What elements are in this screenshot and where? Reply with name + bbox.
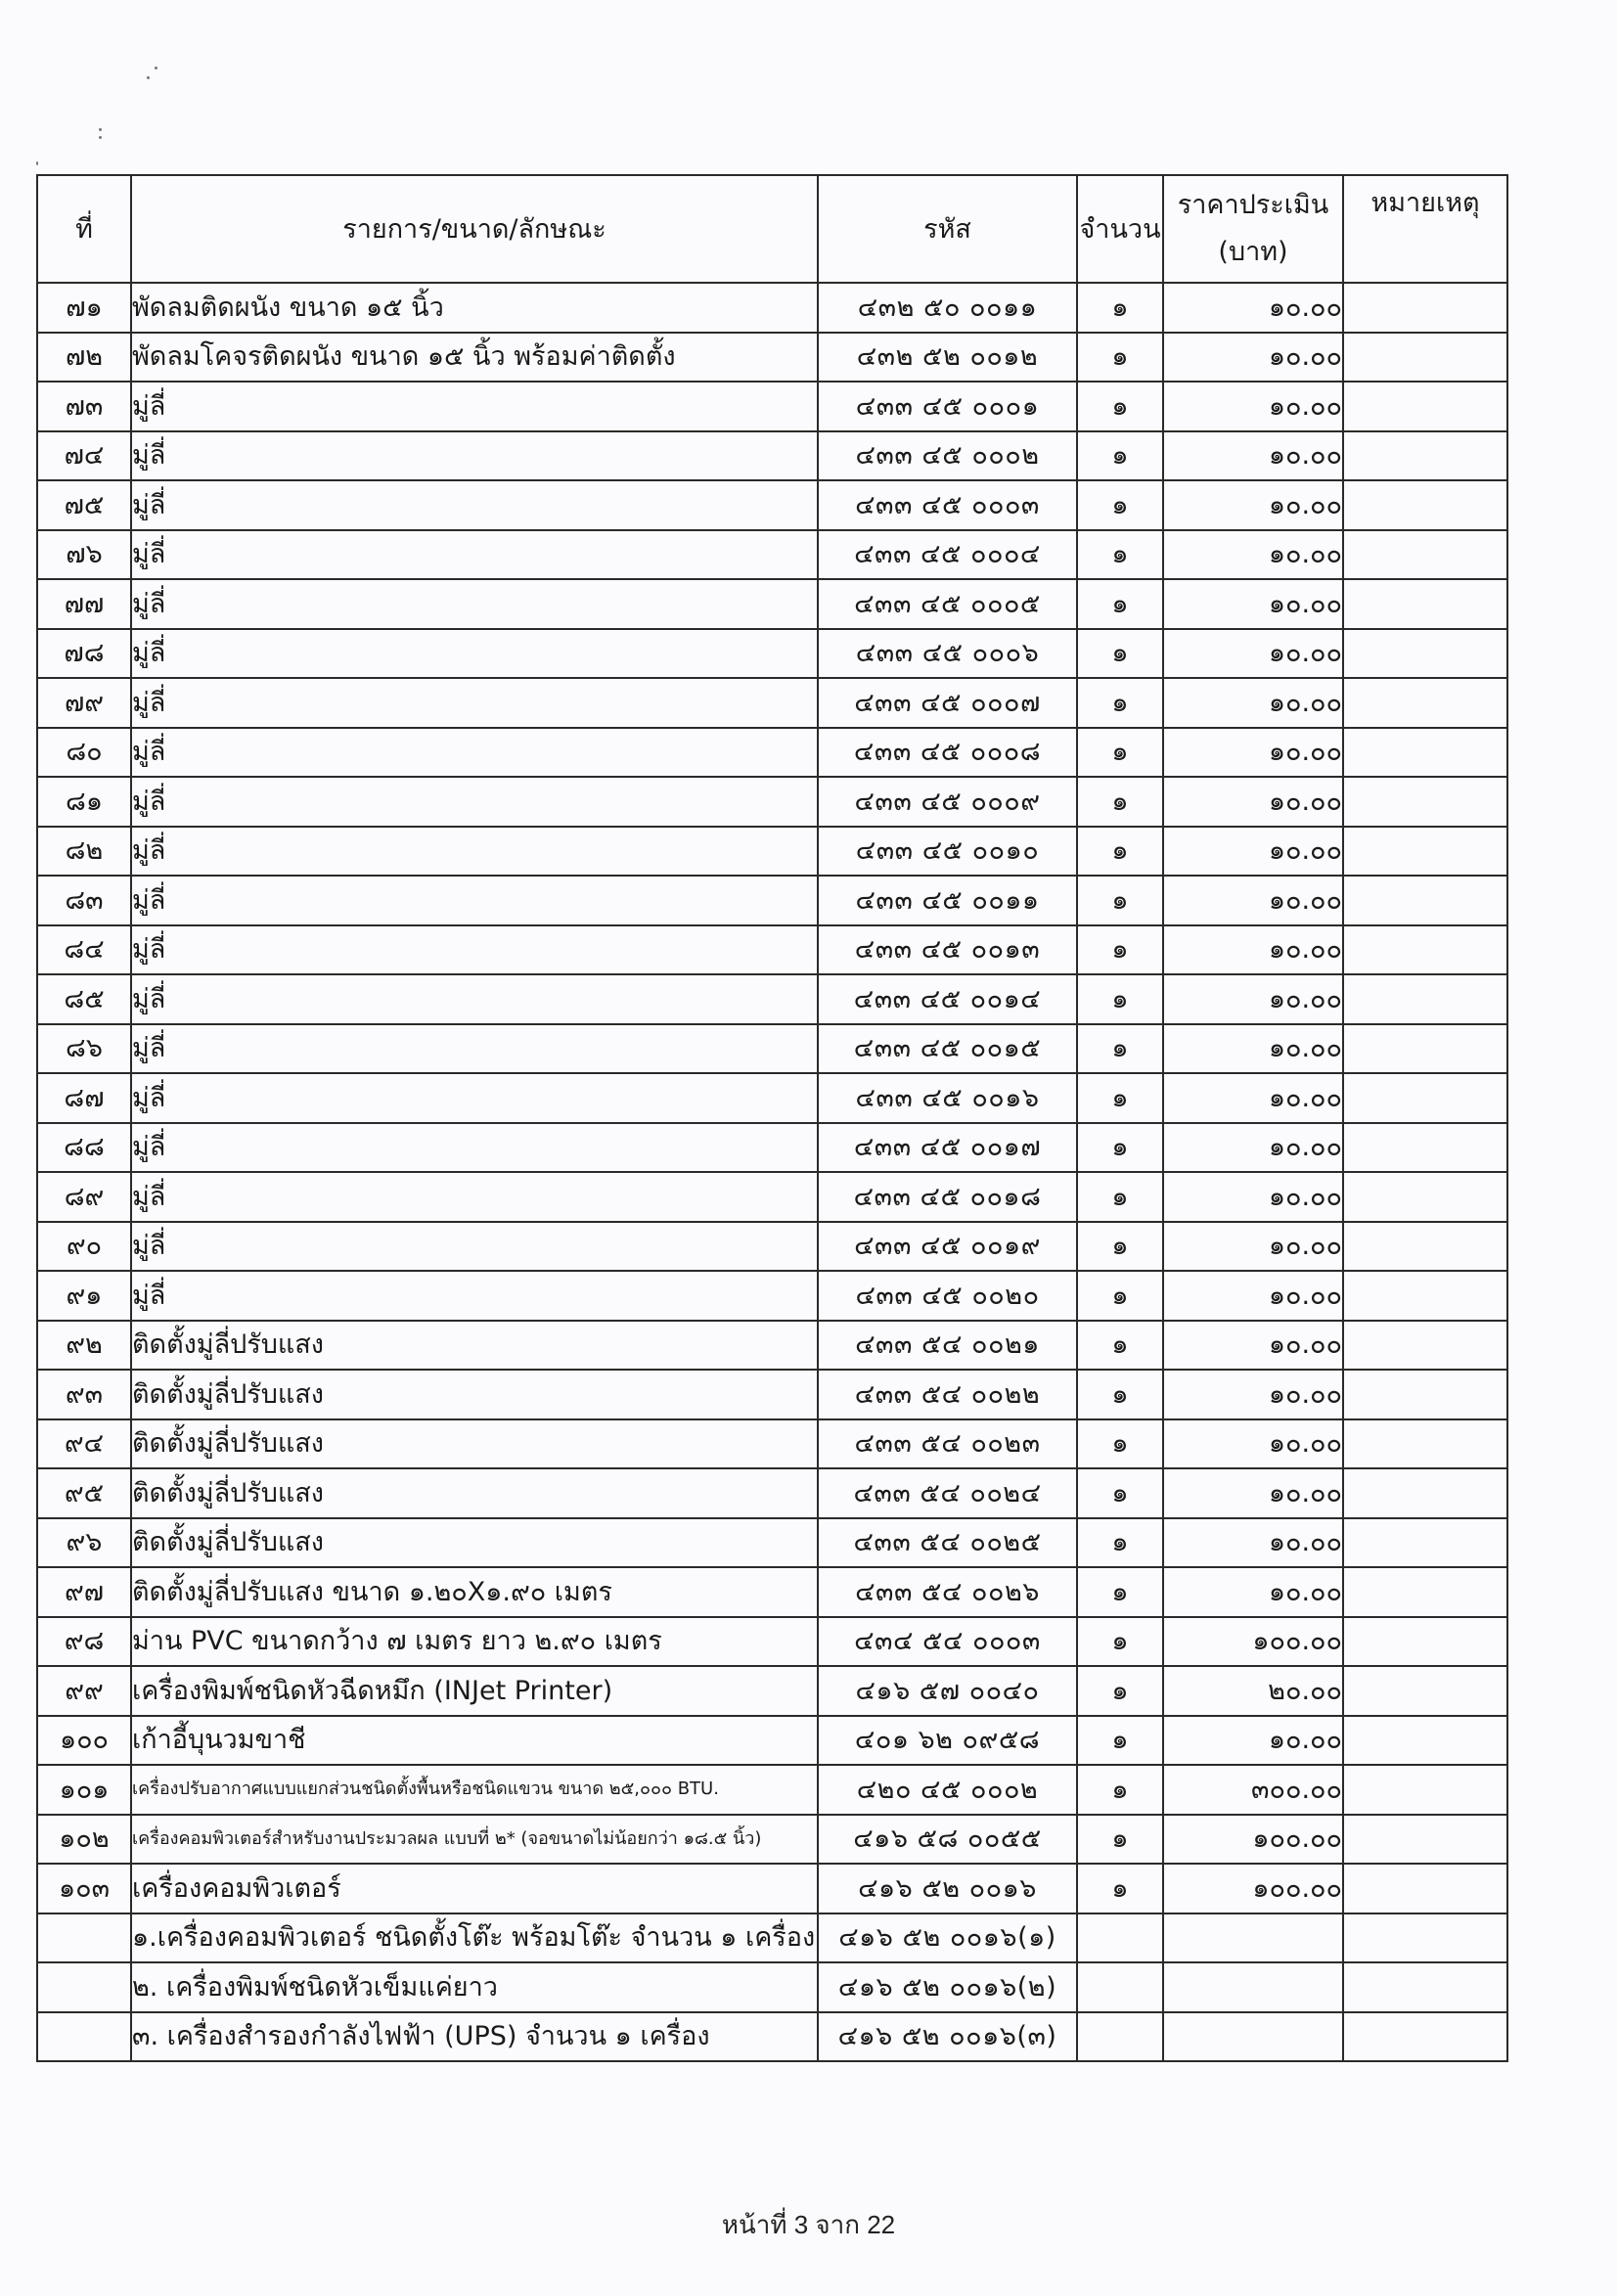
cell-price: ๑๐.๐๐ bbox=[1163, 777, 1343, 827]
cell-description: เครื่องปรับอากาศแบบแยกส่วนชนิดตั้งพื้นหร… bbox=[131, 1765, 818, 1815]
cell-price: ๑๐.๐๐ bbox=[1163, 827, 1343, 877]
table-row: ๙๒ติดตั้งมู่ลี่ปรับแสง๔๓๓ ๕๔ ๐๐๒๑๑๑๐.๐๐ bbox=[37, 1321, 1507, 1371]
table-row: ๗๖มู่ลี่๔๓๓ ๔๕ ๐๐๐๔๑๑๐.๐๐ bbox=[37, 530, 1507, 580]
cell-price: ๑๐.๐๐ bbox=[1163, 480, 1343, 530]
cell-no bbox=[37, 2012, 131, 2062]
header-code: รหัส bbox=[818, 175, 1077, 283]
cell-price: ๑๐.๐๐ bbox=[1163, 1468, 1343, 1518]
cell-note bbox=[1343, 1321, 1507, 1371]
cell-no: ๘๒ bbox=[37, 827, 131, 877]
cell-quantity: ๑ bbox=[1077, 925, 1163, 975]
cell-description: มู่ลี่ bbox=[131, 728, 818, 778]
table-row: ๑๐๓เครื่องคอมพิวเตอร์๔๑๖ ๕๒ ๐๐๑๖๑๑๐๐.๐๐ bbox=[37, 1864, 1507, 1913]
cell-price: ๑๐๐.๐๐ bbox=[1163, 1864, 1343, 1913]
cell-note bbox=[1343, 1716, 1507, 1766]
cell-price: ๑๐.๐๐ bbox=[1163, 728, 1343, 778]
cell-note bbox=[1343, 1765, 1507, 1815]
cell-no: ๗๑ bbox=[37, 283, 131, 333]
cell-note bbox=[1343, 1913, 1507, 1963]
table-row: ๗๕มู่ลี่๔๓๓ ๔๕ ๐๐๐๓๑๑๐.๐๐ bbox=[37, 480, 1507, 530]
cell-quantity: ๑ bbox=[1077, 1567, 1163, 1617]
cell-note bbox=[1343, 1222, 1507, 1272]
cell-price: ๑๐.๐๐ bbox=[1163, 1271, 1343, 1321]
header-description: รายการ/ขนาด/ลักษณะ bbox=[131, 175, 818, 283]
cell-code: ๔๑๖ ๕๗ ๐๐๔๐ bbox=[818, 1666, 1077, 1716]
cell-code: ๔๓๓ ๕๔ ๐๐๒๒ bbox=[818, 1370, 1077, 1419]
cell-code: ๔๓๓ ๔๕ ๐๐๑๗ bbox=[818, 1123, 1077, 1173]
cell-quantity: ๑ bbox=[1077, 530, 1163, 580]
cell-price bbox=[1163, 1962, 1343, 2012]
table-row: ๙๓ติดตั้งมู่ลี่ปรับแสง๔๓๓ ๕๔ ๐๐๒๒๑๑๐.๐๐ bbox=[37, 1370, 1507, 1419]
cell-description: มู่ลี่ bbox=[131, 1024, 818, 1074]
cell-no: ๙๗ bbox=[37, 1567, 131, 1617]
cell-price: ๑๐.๐๐ bbox=[1163, 1073, 1343, 1123]
table-row: ๘๔มู่ลี่๔๓๓ ๔๕ ๐๐๑๓๑๑๐.๐๐ bbox=[37, 925, 1507, 975]
cell-no: ๙๓ bbox=[37, 1370, 131, 1419]
cell-description: มู่ลี่ bbox=[131, 1172, 818, 1222]
cell-description: เก้าอี้บุนวมขาชี bbox=[131, 1716, 818, 1766]
cell-description: มู่ลี่ bbox=[131, 1222, 818, 1272]
cell-quantity: ๑ bbox=[1077, 1765, 1163, 1815]
cell-description: มู่ลี่ bbox=[131, 827, 818, 877]
table-row: ๘๒มู่ลี่๔๓๓ ๔๕ ๐๐๑๐๑๑๐.๐๐ bbox=[37, 827, 1507, 877]
header-price: ราคาประเมิน (บาท) bbox=[1163, 175, 1343, 283]
cell-quantity: ๑ bbox=[1077, 1073, 1163, 1123]
cell-description: มู่ลี่ bbox=[131, 1123, 818, 1173]
cell-quantity: ๑ bbox=[1077, 283, 1163, 333]
cell-description: ติดตั้งมู่ลี่ปรับแสง bbox=[131, 1518, 818, 1568]
cell-price: ๑๐.๐๐ bbox=[1163, 1321, 1343, 1371]
cell-description: เครื่องคอมพิวเตอร์สำหรับงานประมวลผล แบบท… bbox=[131, 1815, 818, 1865]
cell-code: ๔๓๓ ๔๕ ๐๐๑๕ bbox=[818, 1024, 1077, 1074]
cell-quantity: ๑ bbox=[1077, 1024, 1163, 1074]
table-row: ๗๗มู่ลี่๔๓๓ ๔๕ ๐๐๐๕๑๑๐.๐๐ bbox=[37, 579, 1507, 629]
cell-code: ๔๓๓ ๔๕ ๐๐๒๐ bbox=[818, 1271, 1077, 1321]
cell-note bbox=[1343, 925, 1507, 975]
cell-note bbox=[1343, 1172, 1507, 1222]
cell-code: ๔๓๒ ๕๒ ๐๐๑๒ bbox=[818, 333, 1077, 383]
cell-note bbox=[1343, 1518, 1507, 1568]
table-header-row: ที่ รายการ/ขนาด/ลักษณะ รหัส จำนวน ราคาปร… bbox=[37, 175, 1507, 283]
header-price-line1: ราคาประเมิน bbox=[1164, 182, 1342, 229]
table-row: ๙๙เครื่องพิมพ์ชนิดหัวฉีดหมึก (INJet Prin… bbox=[37, 1666, 1507, 1716]
cell-price: ๑๐.๐๐ bbox=[1163, 333, 1343, 383]
table-row: ๙๑มู่ลี่๔๓๓ ๔๕ ๐๐๒๐๑๑๐.๐๐ bbox=[37, 1271, 1507, 1321]
cell-price: ๑๐.๐๐ bbox=[1163, 1172, 1343, 1222]
cell-description: มู่ลี่ bbox=[131, 480, 818, 530]
cell-quantity: ๑ bbox=[1077, 1518, 1163, 1568]
cell-price: ๑๐๐.๐๐ bbox=[1163, 1815, 1343, 1865]
cell-quantity: ๑ bbox=[1077, 1419, 1163, 1469]
cell-quantity bbox=[1077, 1962, 1163, 2012]
cell-description: ๑.เครื่องคอมพิวเตอร์ ชนิดตั้งโต๊ะ พร้อมโ… bbox=[131, 1913, 818, 1963]
cell-code: ๔๑๖ ๕๘ ๐๐๕๕ bbox=[818, 1815, 1077, 1865]
table-row: ๙๕ติดตั้งมู่ลี่ปรับแสง๔๓๓ ๕๔ ๐๐๒๔๑๑๐.๐๐ bbox=[37, 1468, 1507, 1518]
cell-code: ๔๓๓ ๕๔ ๐๐๒๓ bbox=[818, 1419, 1077, 1469]
table-row: ๘๕มู่ลี่๔๓๓ ๔๕ ๐๐๑๔๑๑๐.๐๐ bbox=[37, 974, 1507, 1024]
cell-description: มู่ลี่ bbox=[131, 876, 818, 925]
cell-note bbox=[1343, 530, 1507, 580]
cell-code: ๔๑๖ ๕๒ ๐๐๑๖(๓) bbox=[818, 2012, 1077, 2062]
cell-no: ๘๓ bbox=[37, 876, 131, 925]
cell-code: ๔๓๓ ๔๕ ๐๐๐๕ bbox=[818, 579, 1077, 629]
cell-quantity bbox=[1077, 2012, 1163, 2062]
scan-speck bbox=[99, 128, 102, 131]
cell-description: มู่ลี่ bbox=[131, 1271, 818, 1321]
table-row: ๗๓มู่ลี่๔๓๓ ๔๕ ๐๐๐๑๑๑๐.๐๐ bbox=[37, 382, 1507, 431]
table-row: ๘๙มู่ลี่๔๓๓ ๔๕ ๐๐๑๘๑๑๐.๐๐ bbox=[37, 1172, 1507, 1222]
cell-no: ๗๒ bbox=[37, 333, 131, 383]
table-row: ๘๐มู่ลี่๔๓๓ ๔๕ ๐๐๐๘๑๑๐.๐๐ bbox=[37, 728, 1507, 778]
table-row: ๙๐มู่ลี่๔๓๓ ๔๕ ๐๐๑๙๑๑๐.๐๐ bbox=[37, 1222, 1507, 1272]
cell-price bbox=[1163, 2012, 1343, 2062]
cell-price: ๑๐.๐๐ bbox=[1163, 629, 1343, 679]
cell-no: ๙๒ bbox=[37, 1321, 131, 1371]
cell-price bbox=[1163, 1913, 1343, 1963]
cell-code: ๔๓๓ ๔๕ ๐๐๐๔ bbox=[818, 530, 1077, 580]
cell-quantity: ๑ bbox=[1077, 1123, 1163, 1173]
cell-note bbox=[1343, 1962, 1507, 2012]
cell-code: ๔๓๒ ๕๐ ๐๐๑๑ bbox=[818, 283, 1077, 333]
cell-code: ๔๓๓ ๔๕ ๐๐๑๙ bbox=[818, 1222, 1077, 1272]
header-note: หมายเหตุ bbox=[1343, 175, 1507, 283]
cell-price: ๑๐๐.๐๐ bbox=[1163, 1617, 1343, 1667]
header-price-line2: (บาท) bbox=[1164, 229, 1342, 276]
cell-price: ๑๐.๐๐ bbox=[1163, 1518, 1343, 1568]
cell-note bbox=[1343, 678, 1507, 728]
cell-no: ๗๖ bbox=[37, 530, 131, 580]
cell-code: ๔๓๔ ๕๔ ๐๐๐๓ bbox=[818, 1617, 1077, 1667]
cell-note bbox=[1343, 1370, 1507, 1419]
cell-no bbox=[37, 1962, 131, 2012]
cell-description: มู่ลี่ bbox=[131, 629, 818, 679]
cell-note bbox=[1343, 777, 1507, 827]
cell-note bbox=[1343, 382, 1507, 431]
cell-no: ๗๕ bbox=[37, 480, 131, 530]
cell-note bbox=[1343, 283, 1507, 333]
cell-description: ติดตั้งมู่ลี่ปรับแสง ขนาด ๑.๒๐X๑.๙๐ เมตร bbox=[131, 1567, 818, 1617]
cell-description: มู่ลี่ bbox=[131, 431, 818, 481]
scan-speck bbox=[99, 136, 102, 139]
cell-no: ๙๐ bbox=[37, 1222, 131, 1272]
table-row: ๗๙มู่ลี่๔๓๓ ๔๕ ๐๐๐๗๑๑๐.๐๐ bbox=[37, 678, 1507, 728]
cell-price: ๓๐๐.๐๐ bbox=[1163, 1765, 1343, 1815]
cell-quantity: ๑ bbox=[1077, 1370, 1163, 1419]
cell-code: ๔๒๐ ๔๕ ๐๐๐๒ bbox=[818, 1765, 1077, 1815]
cell-price: ๑๐.๐๐ bbox=[1163, 974, 1343, 1024]
table-body: ๗๑พัดลมติดผนัง ขนาด ๑๕ นิ้ว๔๓๒ ๕๐ ๐๐๑๑๑๑… bbox=[37, 283, 1507, 2061]
cell-note bbox=[1343, 1864, 1507, 1913]
table-row: ๙๗ติดตั้งมู่ลี่ปรับแสง ขนาด ๑.๒๐X๑.๙๐ เม… bbox=[37, 1567, 1507, 1617]
cell-note bbox=[1343, 480, 1507, 530]
cell-code: ๔๓๓ ๔๕ ๐๐๐๖ bbox=[818, 629, 1077, 679]
cell-price: ๑๐.๐๐ bbox=[1163, 1024, 1343, 1074]
cell-code: ๔๐๑ ๖๒ ๐๙๕๘ bbox=[818, 1716, 1077, 1766]
table-row: ๒. เครื่องพิมพ์ชนิดหัวเข็มแค่ยาว๔๑๖ ๕๒ ๐… bbox=[37, 1962, 1507, 2012]
cell-quantity: ๑ bbox=[1077, 1271, 1163, 1321]
cell-code: ๔๑๖ ๕๒ ๐๐๑๖ bbox=[818, 1864, 1077, 1913]
cell-description: มู่ลี่ bbox=[131, 925, 818, 975]
cell-code: ๔๓๓ ๔๕ ๐๐๐๑ bbox=[818, 382, 1077, 431]
cell-no: ๘๙ bbox=[37, 1172, 131, 1222]
table-row: ๑๐๒เครื่องคอมพิวเตอร์สำหรับงานประมวลผล แ… bbox=[37, 1815, 1507, 1865]
cell-no: ๙๘ bbox=[37, 1617, 131, 1667]
table-row: ๗๒พัดลมโคจรติดผนัง ขนาด ๑๕ นิ้ว พร้อมค่า… bbox=[37, 333, 1507, 383]
cell-price: ๑๐.๐๐ bbox=[1163, 1370, 1343, 1419]
cell-quantity: ๑ bbox=[1077, 974, 1163, 1024]
table-row: ๑๐๐เก้าอี้บุนวมขาชี๔๐๑ ๖๒ ๐๙๕๘๑๑๐.๐๐ bbox=[37, 1716, 1507, 1766]
table-row: ๘๘มู่ลี่๔๓๓ ๔๕ ๐๐๑๗๑๑๐.๐๐ bbox=[37, 1123, 1507, 1173]
cell-no: ๘๗ bbox=[37, 1073, 131, 1123]
cell-no: ๙๕ bbox=[37, 1468, 131, 1518]
cell-no: ๗๔ bbox=[37, 431, 131, 481]
cell-quantity: ๑ bbox=[1077, 728, 1163, 778]
cell-code: ๔๓๓ ๔๕ ๐๐๐๙ bbox=[818, 777, 1077, 827]
cell-no: ๘๑ bbox=[37, 777, 131, 827]
cell-no bbox=[37, 1913, 131, 1963]
cell-no: ๙๔ bbox=[37, 1419, 131, 1469]
cell-description: มู่ลี่ bbox=[131, 974, 818, 1024]
cell-price: ๑๐.๐๐ bbox=[1163, 1123, 1343, 1173]
table-row: ๑.เครื่องคอมพิวเตอร์ ชนิดตั้งโต๊ะ พร้อมโ… bbox=[37, 1913, 1507, 1963]
cell-no: ๗๗ bbox=[37, 579, 131, 629]
cell-note bbox=[1343, 1617, 1507, 1667]
cell-description: มู่ลี่ bbox=[131, 579, 818, 629]
cell-code: ๔๑๖ ๕๒ ๐๐๑๖(๒) bbox=[818, 1962, 1077, 2012]
cell-code: ๔๓๓ ๕๔ ๐๐๒๕ bbox=[818, 1518, 1077, 1568]
cell-note bbox=[1343, 974, 1507, 1024]
cell-note bbox=[1343, 1024, 1507, 1074]
cell-quantity: ๑ bbox=[1077, 579, 1163, 629]
cell-no: ๑๐๒ bbox=[37, 1815, 131, 1865]
cell-note bbox=[1343, 1271, 1507, 1321]
cell-code: ๔๓๓ ๔๕ ๐๐๐๘ bbox=[818, 728, 1077, 778]
cell-note bbox=[1343, 1073, 1507, 1123]
cell-quantity: ๑ bbox=[1077, 678, 1163, 728]
cell-quantity: ๑ bbox=[1077, 1468, 1163, 1518]
cell-code: ๔๓๓ ๔๕ ๐๐๑๑ bbox=[818, 876, 1077, 925]
cell-quantity: ๑ bbox=[1077, 1815, 1163, 1865]
cell-quantity: ๑ bbox=[1077, 1321, 1163, 1371]
cell-note bbox=[1343, 1567, 1507, 1617]
cell-no: ๘๖ bbox=[37, 1024, 131, 1074]
cell-code: ๔๓๓ ๔๕ ๐๐๑๔ bbox=[818, 974, 1077, 1024]
cell-note bbox=[1343, 1468, 1507, 1518]
cell-note bbox=[1343, 2012, 1507, 2062]
cell-quantity: ๑ bbox=[1077, 876, 1163, 925]
cell-note bbox=[1343, 827, 1507, 877]
cell-quantity: ๑ bbox=[1077, 1617, 1163, 1667]
cell-no: ๘๕ bbox=[37, 974, 131, 1024]
cell-no: ๑๐๐ bbox=[37, 1716, 131, 1766]
cell-no: ๗๘ bbox=[37, 629, 131, 679]
cell-description: ติดตั้งมู่ลี่ปรับแสง bbox=[131, 1419, 818, 1469]
cell-description: มู่ลี่ bbox=[131, 777, 818, 827]
cell-quantity bbox=[1077, 1913, 1163, 1963]
cell-description: เครื่องพิมพ์ชนิดหัวฉีดหมึก (INJet Printe… bbox=[131, 1666, 818, 1716]
scan-speck bbox=[155, 67, 157, 69]
cell-code: ๔๑๖ ๕๒ ๐๐๑๖(๑) bbox=[818, 1913, 1077, 1963]
cell-code: ๔๓๓ ๕๔ ๐๐๒๖ bbox=[818, 1567, 1077, 1617]
cell-no: ๙๙ bbox=[37, 1666, 131, 1716]
cell-price: ๑๐.๐๐ bbox=[1163, 876, 1343, 925]
asset-table: ที่ รายการ/ขนาด/ลักษณะ รหัส จำนวน ราคาปร… bbox=[36, 174, 1508, 2062]
cell-description: มู่ลี่ bbox=[131, 678, 818, 728]
cell-description: เครื่องคอมพิวเตอร์ bbox=[131, 1864, 818, 1913]
table-row: ๙๖ติดตั้งมู่ลี่ปรับแสง๔๓๓ ๕๔ ๐๐๒๕๑๑๐.๐๐ bbox=[37, 1518, 1507, 1568]
cell-code: ๔๓๓ ๔๕ ๐๐๑๓ bbox=[818, 925, 1077, 975]
cell-price: ๑๐.๐๐ bbox=[1163, 1419, 1343, 1469]
table-row: ๑๐๑เครื่องปรับอากาศแบบแยกส่วนชนิดตั้งพื้… bbox=[37, 1765, 1507, 1815]
table-row: ๙๘ม่าน PVC ขนาดกว้าง ๗ เมตร ยาว ๒.๙๐ เมต… bbox=[37, 1617, 1507, 1667]
cell-quantity: ๑ bbox=[1077, 1172, 1163, 1222]
header-no: ที่ bbox=[37, 175, 131, 283]
cell-description: ติดตั้งมู่ลี่ปรับแสง bbox=[131, 1321, 818, 1371]
cell-quantity: ๑ bbox=[1077, 333, 1163, 383]
cell-no: ๗๙ bbox=[37, 678, 131, 728]
cell-note bbox=[1343, 876, 1507, 925]
cell-description: ๓. เครื่องสำรองกำลังไฟฟ้า (UPS) จำนวน ๑ … bbox=[131, 2012, 818, 2062]
cell-price: ๑๐.๐๐ bbox=[1163, 382, 1343, 431]
cell-price: ๑๐.๐๐ bbox=[1163, 678, 1343, 728]
cell-note bbox=[1343, 629, 1507, 679]
cell-price: ๑๐.๐๐ bbox=[1163, 1567, 1343, 1617]
cell-note bbox=[1343, 1815, 1507, 1865]
cell-code: ๔๓๓ ๕๔ ๐๐๒๔ bbox=[818, 1468, 1077, 1518]
cell-quantity: ๑ bbox=[1077, 629, 1163, 679]
cell-quantity: ๑ bbox=[1077, 480, 1163, 530]
cell-description: พัดลมติดผนัง ขนาด ๑๕ นิ้ว bbox=[131, 283, 818, 333]
cell-no: ๘๘ bbox=[37, 1123, 131, 1173]
cell-no: ๑๐๑ bbox=[37, 1765, 131, 1815]
cell-description: ม่าน PVC ขนาดกว้าง ๗ เมตร ยาว ๒.๙๐ เมตร bbox=[131, 1617, 818, 1667]
cell-code: ๔๓๓ ๔๕ ๐๐๐๗ bbox=[818, 678, 1077, 728]
cell-no: ๙๖ bbox=[37, 1518, 131, 1568]
cell-no: ๘๐ bbox=[37, 728, 131, 778]
table-row: ๘๑มู่ลี่๔๓๓ ๔๕ ๐๐๐๙๑๑๐.๐๐ bbox=[37, 777, 1507, 827]
cell-note bbox=[1343, 1123, 1507, 1173]
cell-quantity: ๑ bbox=[1077, 827, 1163, 877]
table-row: ๘๗มู่ลี่๔๓๓ ๔๕ ๐๐๑๖๑๑๐.๐๐ bbox=[37, 1073, 1507, 1123]
cell-price: ๑๐.๐๐ bbox=[1163, 925, 1343, 975]
cell-price: ๑๐.๐๐ bbox=[1163, 530, 1343, 580]
header-quantity: จำนวน bbox=[1077, 175, 1163, 283]
cell-note bbox=[1343, 431, 1507, 481]
cell-code: ๔๓๓ ๔๕ ๐๐๑๘ bbox=[818, 1172, 1077, 1222]
cell-quantity: ๑ bbox=[1077, 1864, 1163, 1913]
table-row: ๗๘มู่ลี่๔๓๓ ๔๕ ๐๐๐๖๑๑๐.๐๐ bbox=[37, 629, 1507, 679]
cell-note bbox=[1343, 1419, 1507, 1469]
page-number: หน้าที่ 3 จาก 22 bbox=[0, 2205, 1617, 2245]
table-row: ๗๑พัดลมติดผนัง ขนาด ๑๕ นิ้ว๔๓๒ ๕๐ ๐๐๑๑๑๑… bbox=[37, 283, 1507, 333]
cell-no: ๗๓ bbox=[37, 382, 131, 431]
cell-description: มู่ลี่ bbox=[131, 1073, 818, 1123]
cell-note bbox=[1343, 579, 1507, 629]
cell-description: มู่ลี่ bbox=[131, 530, 818, 580]
table-row: ๘๖มู่ลี่๔๓๓ ๔๕ ๐๐๑๕๑๑๐.๐๐ bbox=[37, 1024, 1507, 1074]
cell-price: ๒๐.๐๐ bbox=[1163, 1666, 1343, 1716]
cell-description: มู่ลี่ bbox=[131, 382, 818, 431]
cell-quantity: ๑ bbox=[1077, 382, 1163, 431]
cell-price: ๑๐.๐๐ bbox=[1163, 283, 1343, 333]
cell-no: ๑๐๓ bbox=[37, 1864, 131, 1913]
cell-quantity: ๑ bbox=[1077, 1222, 1163, 1272]
cell-code: ๔๓๓ ๔๕ ๐๐๑๖ bbox=[818, 1073, 1077, 1123]
cell-quantity: ๑ bbox=[1077, 1666, 1163, 1716]
cell-no: ๙๑ bbox=[37, 1271, 131, 1321]
cell-quantity: ๑ bbox=[1077, 431, 1163, 481]
table-row: ๙๔ติดตั้งมู่ลี่ปรับแสง๔๓๓ ๕๔ ๐๐๒๓๑๑๐.๐๐ bbox=[37, 1419, 1507, 1469]
table-row: ๘๓มู่ลี่๔๓๓ ๔๕ ๐๐๑๑๑๑๐.๐๐ bbox=[37, 876, 1507, 925]
cell-no: ๘๔ bbox=[37, 925, 131, 975]
cell-code: ๔๓๓ ๔๕ ๐๐๐๓ bbox=[818, 480, 1077, 530]
cell-description: ติดตั้งมู่ลี่ปรับแสง bbox=[131, 1370, 818, 1419]
cell-price: ๑๐.๐๐ bbox=[1163, 1222, 1343, 1272]
table-row: ๓. เครื่องสำรองกำลังไฟฟ้า (UPS) จำนวน ๑ … bbox=[37, 2012, 1507, 2062]
cell-description: พัดลมโคจรติดผนัง ขนาด ๑๕ นิ้ว พร้อมค่าติ… bbox=[131, 333, 818, 383]
cell-note bbox=[1343, 728, 1507, 778]
cell-note bbox=[1343, 333, 1507, 383]
scan-speck bbox=[147, 76, 150, 79]
cell-description: ติดตั้งมู่ลี่ปรับแสง bbox=[131, 1468, 818, 1518]
scan-speck bbox=[36, 161, 38, 165]
cell-quantity: ๑ bbox=[1077, 777, 1163, 827]
table-row: ๗๔มู่ลี่๔๓๓ ๔๕ ๐๐๐๒๑๑๐.๐๐ bbox=[37, 431, 1507, 481]
cell-code: ๔๓๓ ๔๕ ๐๐๐๒ bbox=[818, 431, 1077, 481]
cell-price: ๑๐.๐๐ bbox=[1163, 579, 1343, 629]
cell-price: ๑๐.๐๐ bbox=[1163, 431, 1343, 481]
cell-code: ๔๓๓ ๔๕ ๐๐๑๐ bbox=[818, 827, 1077, 877]
cell-code: ๔๓๓ ๕๔ ๐๐๒๑ bbox=[818, 1321, 1077, 1371]
cell-price: ๑๐.๐๐ bbox=[1163, 1716, 1343, 1766]
cell-description: ๒. เครื่องพิมพ์ชนิดหัวเข็มแค่ยาว bbox=[131, 1962, 818, 2012]
cell-quantity: ๑ bbox=[1077, 1716, 1163, 1766]
cell-note bbox=[1343, 1666, 1507, 1716]
